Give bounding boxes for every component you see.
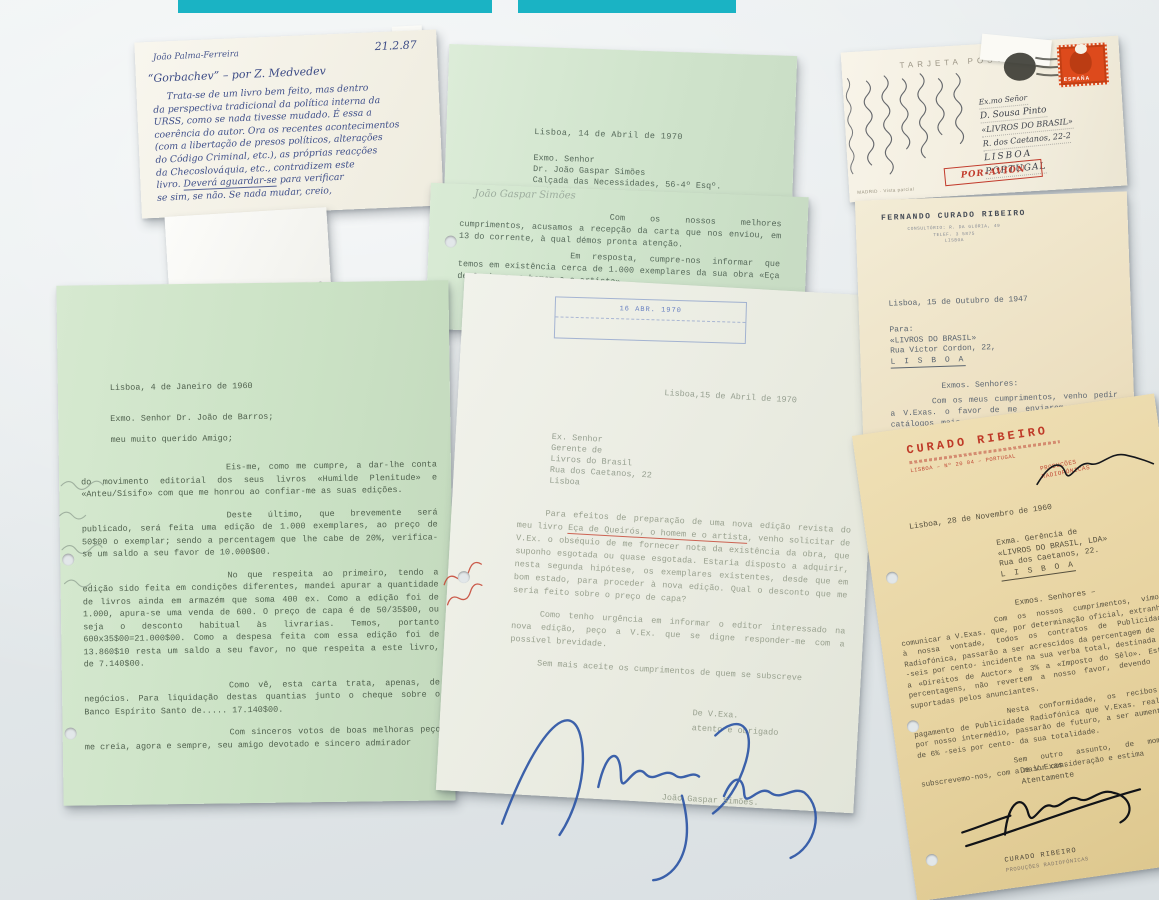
red-rubber-stamp: PRODUÇÕES RADIOFÓNICAS	[1040, 456, 1091, 480]
letter-body: Eis-me, como me cumpre, a dar-lhe conta …	[81, 458, 441, 763]
letter-recipient: Ex. Senhor Gerente de Livros do Brasil R…	[549, 432, 654, 493]
letter-salutation: Exmos. Senhores:	[941, 379, 1018, 391]
punch-hole	[444, 235, 456, 247]
punch-hole	[65, 728, 77, 740]
white-letter-1970: 16 ABR. 1970 Lisboa,15 de Abril de 1970 …	[436, 273, 882, 814]
pencil-margin-scribbles	[55, 471, 117, 602]
received-date-stamp: 16 ABR. 1970	[554, 296, 747, 344]
handwritten-note-card: João Palma-Ferreira 21.2.87 “Gorbachev” …	[134, 29, 443, 218]
cyan-tape-strip	[178, 0, 492, 13]
photo-of-letters: João Palma-Ferreira 21.2.87 “Gorbachev” …	[0, 0, 1159, 900]
note-date: 21.2.87	[374, 38, 417, 53]
punch-hole	[62, 554, 74, 566]
spanish-postcard: TARJETA POSTAL ESPAÑA Ex.mo Señor	[841, 36, 1128, 203]
cyan-tape-strip	[518, 0, 736, 13]
letterhead-details: CONSULTÓRIO: R. DA GLÓRIA, 49 TELEF. 3 5…	[864, 222, 1045, 248]
letter-body: Para efeitos de preparação de uma nova e…	[508, 506, 851, 697]
note-title: “Gorbachev” – por Z. Medvedev	[148, 64, 327, 85]
spain-postage-stamp: ESPAÑA	[1057, 42, 1109, 87]
letter-date: Lisboa, 14 de Abril de 1970	[534, 127, 683, 142]
letter-date: Lisboa,15 de Abril de 1970	[664, 388, 797, 405]
letter-date: Lisboa, 4 de Janeiro de 1960	[110, 381, 253, 393]
letter-date: Lisboa, 15 de Outubro de 1947	[888, 295, 1027, 309]
letterhead-name: FERNANDO CURADO RIBEIRO	[863, 208, 1043, 223]
pencil-annotation: João Gaspar Simões	[474, 188, 575, 201]
ink-signature-joao-gaspar-simoes	[481, 673, 842, 892]
letter-recipient: Para: «LIVROS DO BRASIL» Rua Victor Cord…	[889, 322, 996, 369]
letter-salutation: Exmo. Senhor Dr. João de Barros; meu mui…	[110, 407, 274, 451]
note-author: João Palma-Ferreira	[153, 49, 239, 63]
accounts-letter-1960: Lisboa, 4 de Janeiro de 1960 Exmo. Senho…	[56, 280, 455, 805]
postcard-caption: MADRID · Vista parcial	[857, 186, 914, 194]
curado-ribeiro-letter-1960: CURADO RIBEIRO LISBOA – Nº 20 04 – PORTU…	[852, 394, 1159, 900]
punch-hole	[885, 571, 899, 585]
punch-hole	[925, 853, 939, 867]
stamp-country-label: ESPAÑA	[1064, 75, 1091, 83]
letter-recipient: Exma. Gerência de «LIVROS DO BRASIL, LDA…	[996, 524, 1111, 582]
note-body: Trata-se de um livro bem feito, mas dent…	[152, 80, 431, 205]
letter-date: Lisboa, 28 de Novembro de 1960	[909, 503, 1053, 532]
